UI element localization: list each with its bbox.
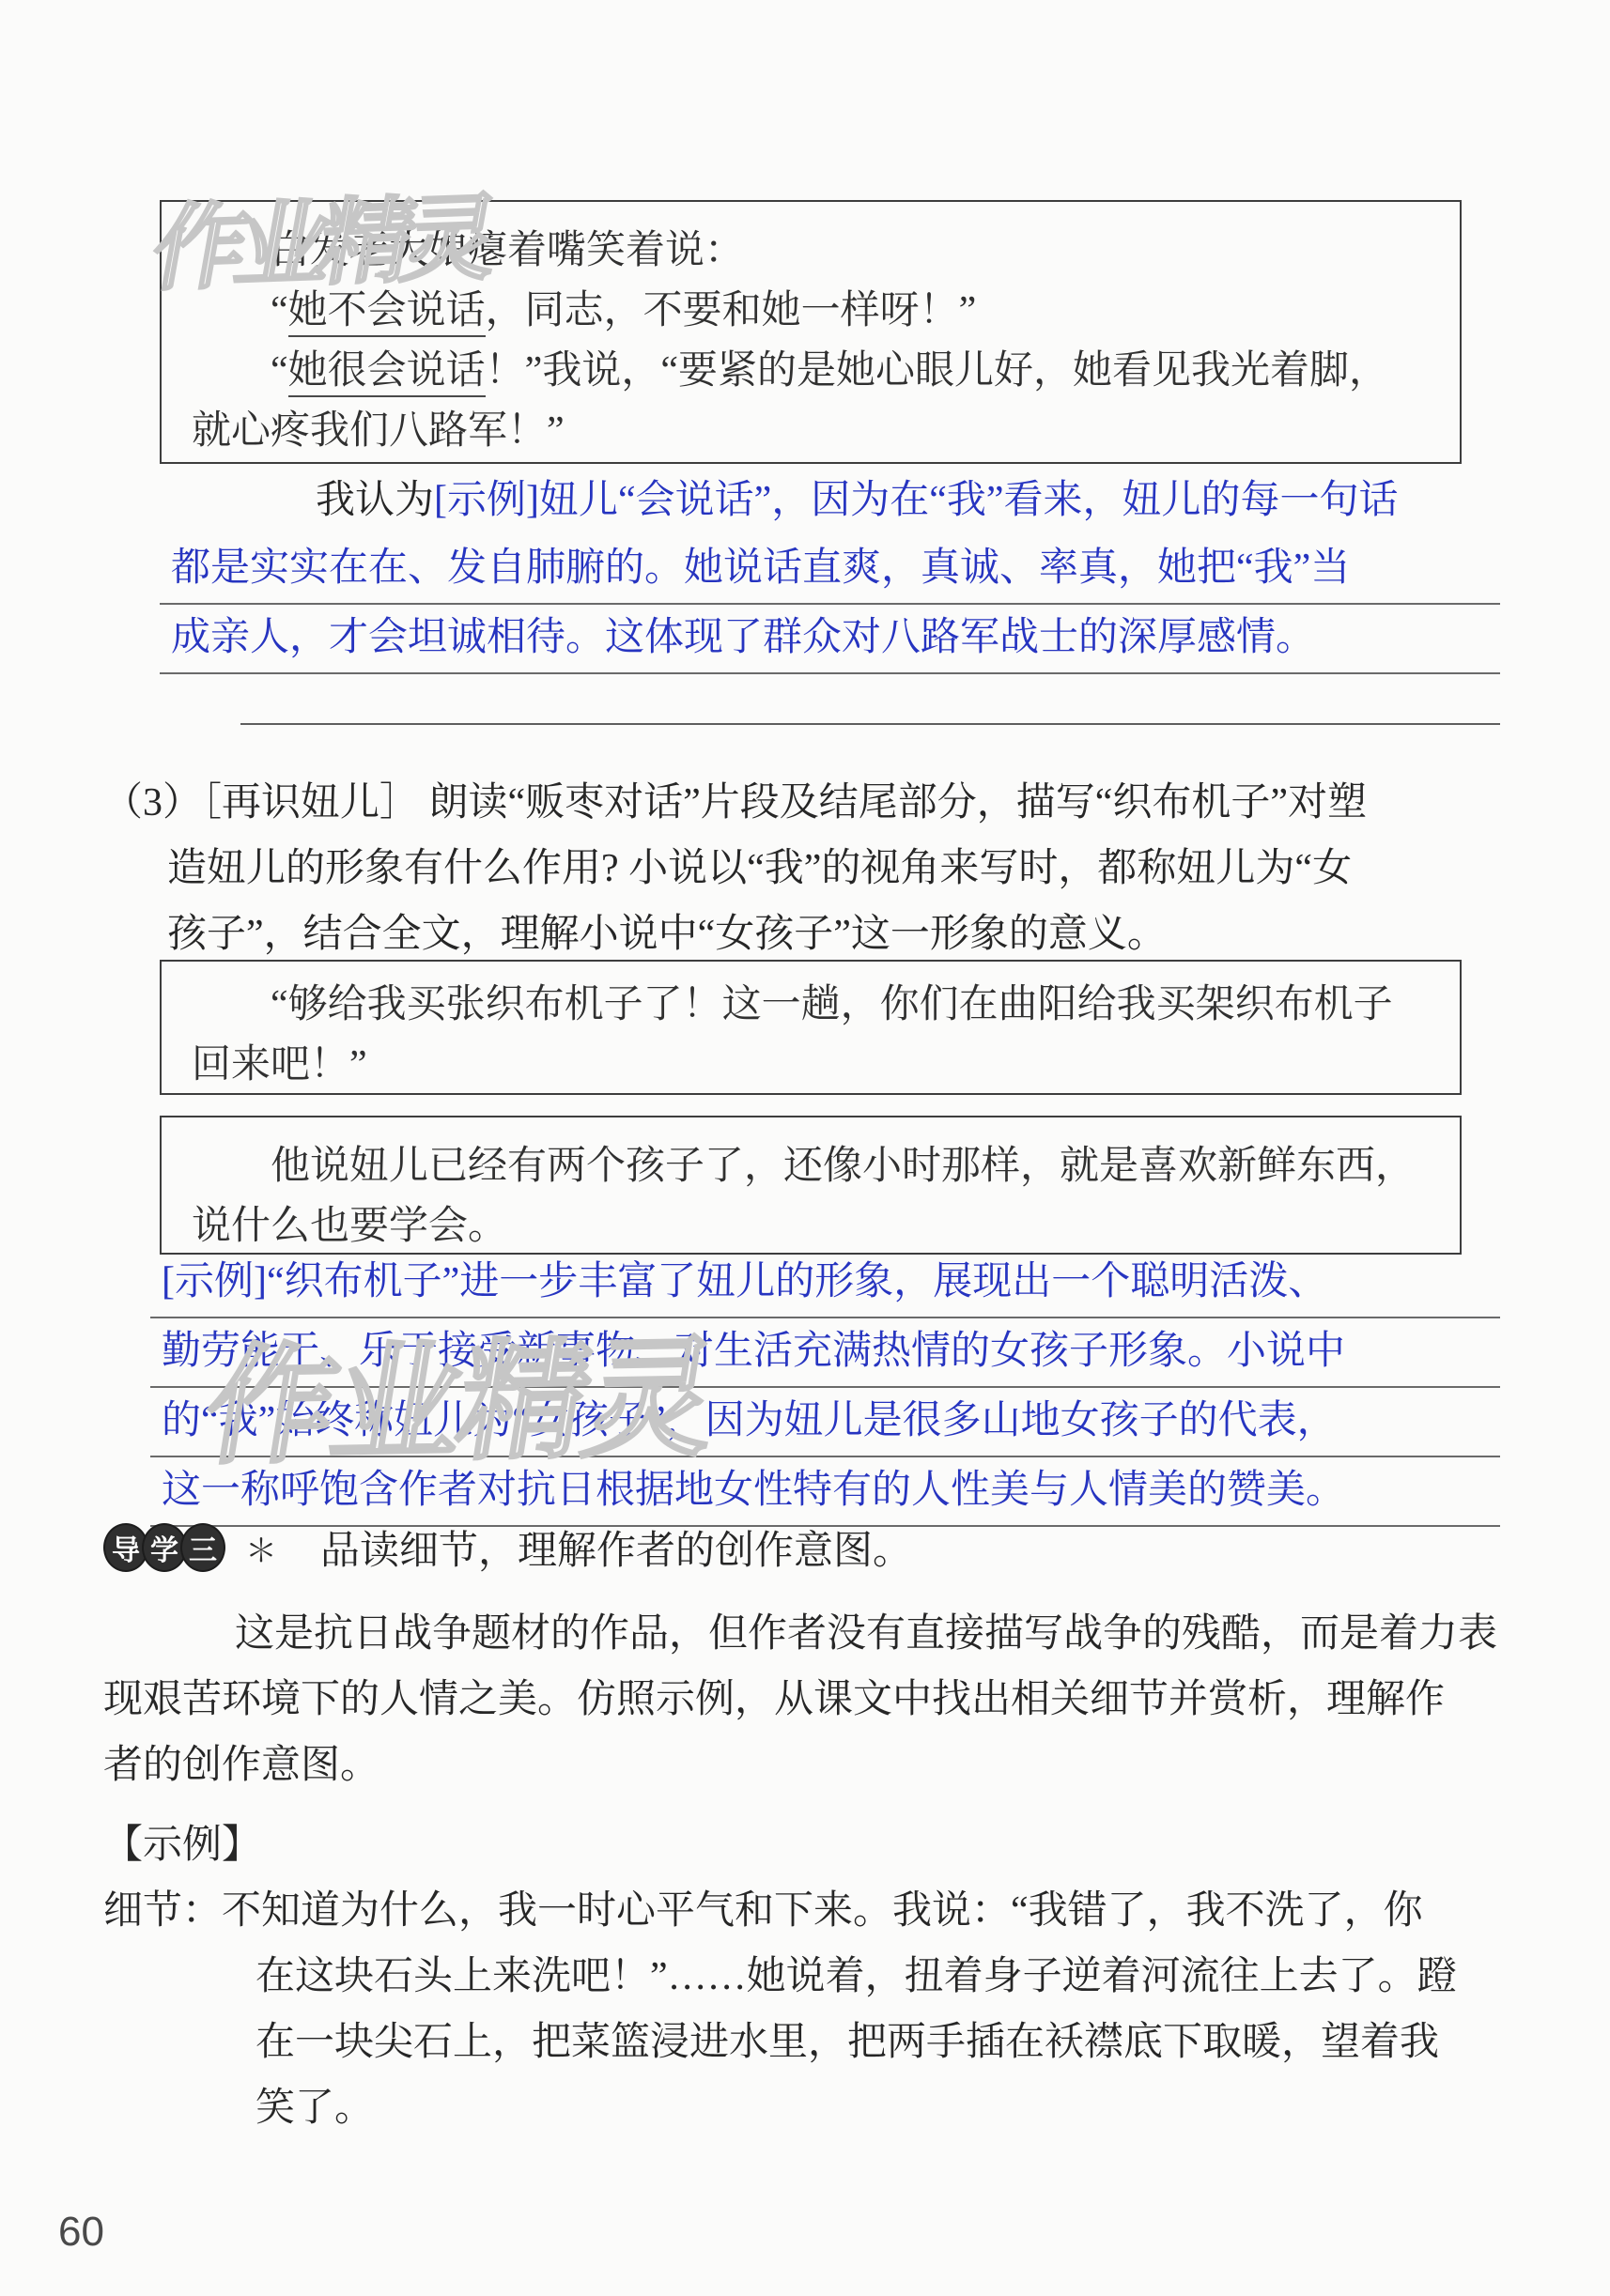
quote-box-3: 他说妞儿已经有两个孩子了，还像小时那样，就是喜欢新鲜东西， 说什么也要学会。 — [160, 1116, 1462, 1255]
question-3-line: 造妞儿的形象有什么作用? 小说以“我”的视角来写时，都称妞儿为“女 — [167, 836, 1352, 901]
quote-open: “ — [271, 349, 288, 393]
watermark-text: 作业精灵 — [143, 162, 500, 309]
detail-line: 笑了。 — [255, 2075, 374, 2141]
quote-line: 就心疼我们八路军！” — [192, 401, 1430, 461]
quote-box-2: “够给我买张织布机子了！这一趟，你们在曲阳给我买架织布机子 回来吧！” — [160, 960, 1462, 1095]
question-3-line: （3）［再识妞儿］ 朗读“贩枣对话”片段及结尾部分，描写“织布机子”对塑 — [103, 770, 1367, 836]
detail-line: 在这块石头上来洗吧！”……她说着，扭着身子逆着河流往上去了。蹬 — [255, 1944, 1457, 2010]
instruction-line: 现艰苦环境下的人情之美。仿照示例，从课文中找出相关细节并赏析，理解作 — [103, 1667, 1445, 1733]
quote-line: 说什么也要学会。 — [192, 1196, 1430, 1256]
detail-line: 细节：不知道为什么，我一时心平气和下来。我说：“我错了，我不洗了，你 — [103, 1878, 1423, 1944]
daoxue-3-heading: 导 学 三 ＊ 品读细节，理解作者的创作意图。 — [103, 1519, 912, 1576]
quote-line: “够给我买张织布机子了！这一趟，你们在曲阳给我买架织布机子 — [192, 975, 1430, 1035]
answer-line: 都是实实在在、发自肺腑的。她说话直爽，真诚、率真，她把“我”当 — [160, 535, 1500, 605]
question-3-line: 孩子”，结合全文，理解小说中“女孩子”这一形象的意义。 — [167, 901, 1167, 967]
asterisk-mark: ＊ — [245, 1525, 277, 1571]
underlined-phrase: 她很会说话 — [288, 349, 486, 397]
badge-char: 三 — [180, 1523, 225, 1572]
answer-prompt-label: 我认为 — [316, 468, 434, 535]
quote-rest: ，同志，不要和她一样呀！” — [486, 289, 977, 332]
example-label: 【示例】 — [103, 1812, 261, 1878]
page-number: 60 — [58, 2209, 104, 2256]
detail-line: 在一块尖石上，把菜篮浸进水里，把两手插在袄襟底下取暖，望着我 — [255, 2010, 1439, 2075]
instruction-line: 者的创作意图。 — [103, 1733, 379, 1798]
instruction-line: 这是抗日战争题材的作品，但作者没有直接描写战争的残酷，而是着力表 — [235, 1601, 1497, 1667]
quote-line: 他说妞儿已经有两个孩子了，还像小时那样，就是喜欢新鲜东西， — [192, 1136, 1430, 1196]
blank-answer-rule — [240, 723, 1500, 725]
watermark-text: 作业精灵 — [194, 1295, 729, 1489]
answer-text: [示例]妞儿“会说话”，因为在“我”看来，妞儿的每一句话 — [434, 468, 1500, 535]
indent-spacer — [160, 468, 316, 535]
quote-rest: ！”我说，“要紧的是她心眼儿好，她看见我光着脚， — [486, 349, 1388, 393]
daoxue-3-badge-icon: 导 学 三 — [103, 1523, 219, 1572]
answer-block-1: 我认为[示例]妞儿“会说话”，因为在“我”看来，妞儿的每一句话 都是实实在在、发… — [160, 468, 1500, 674]
answer-line: 成亲人，才会坦诚相待。这体现了群众对八路军战士的深厚感情。 — [160, 605, 1500, 674]
quote-line: 回来吧！” — [192, 1035, 1430, 1095]
quote-line: “她很会说话！”我说，“要紧的是她心眼儿好，她看见我光着脚， — [192, 341, 1430, 401]
daoxue-3-title: 品读细节，理解作者的创作意图。 — [320, 1519, 912, 1576]
workbook-page: 作业精灵 作业精灵 白发老大娘瘪着嘴笑着说： “她不会说话，同志，不要和她一样呀… — [0, 0, 1610, 2296]
answer-line: 我认为[示例]妞儿“会说话”，因为在“我”看来，妞儿的每一句话 — [160, 468, 1500, 535]
